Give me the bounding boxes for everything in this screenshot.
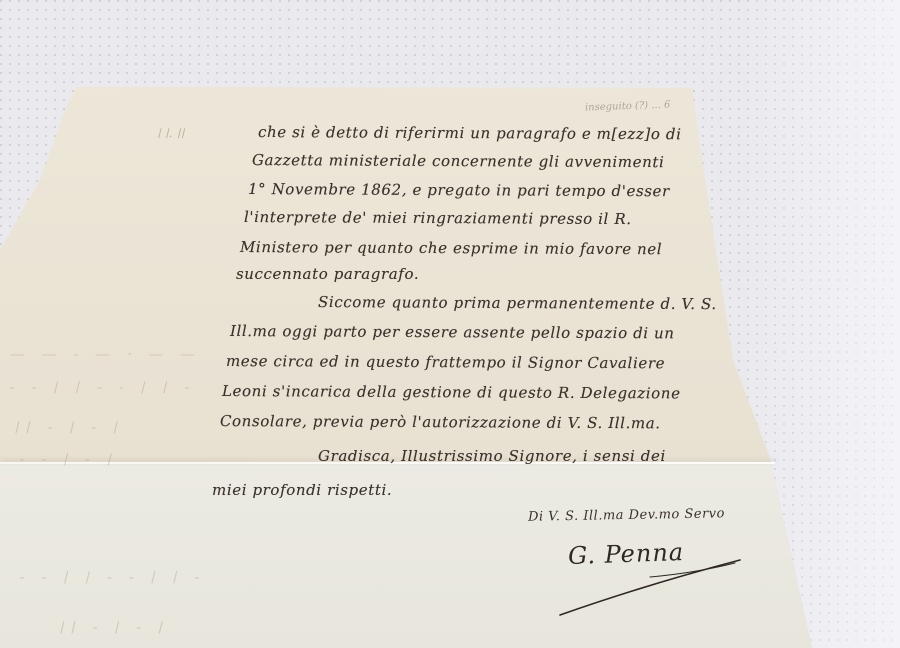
- letter-line-13: miei profondi rispetti.: [212, 481, 392, 499]
- letter-line-9: mese circa ed in questo frattempo il Sig…: [226, 352, 665, 372]
- letter-line-4: l'interprete de' miei ringraziamenti pre…: [244, 208, 632, 228]
- letter-line-7: Siccome quanto prima permanentemente d. …: [318, 293, 717, 313]
- letter-line-5: Ministero per quanto che esprime in mio …: [240, 238, 662, 258]
- letter-line-10: Leoni s'incarica della gestione di quest…: [222, 382, 681, 402]
- bleed-through-line: \\ - \ - \: [12, 418, 128, 436]
- letter-line-2: Gazzetta ministeriale concernente gli av…: [252, 151, 664, 171]
- bleed-through-line: - - \ \ - - \ \ -: [17, 568, 209, 586]
- letter-line-11: Consolare, previa però l'autorizzazione …: [220, 412, 661, 432]
- bleed-through-line: - - \ - \: [17, 450, 122, 468]
- signature-flourish-icon: [555, 555, 745, 620]
- bleed-through-line: \\ - \ - \: [57, 618, 173, 636]
- bleed-through-line: — — - — · — —: [7, 345, 205, 363]
- bleed-through-line: - - \ \ - - \ \ -: [7, 378, 199, 396]
- letter-line-8: Ill.ma oggi parto per essere assente pel…: [230, 322, 675, 342]
- letter-line-6: succennato paragrafo.: [236, 265, 419, 283]
- bleed-mark-top: \ \. \\: [155, 126, 188, 140]
- letter-line-1: che si è detto di riferirmi un paragrafo…: [258, 123, 682, 143]
- letter-line-12: Gradisca, Illustrissimo Signore, i sensi…: [318, 447, 666, 465]
- letter-line-3: 1° Novembre 1862, e pregato in pari temp…: [248, 180, 670, 200]
